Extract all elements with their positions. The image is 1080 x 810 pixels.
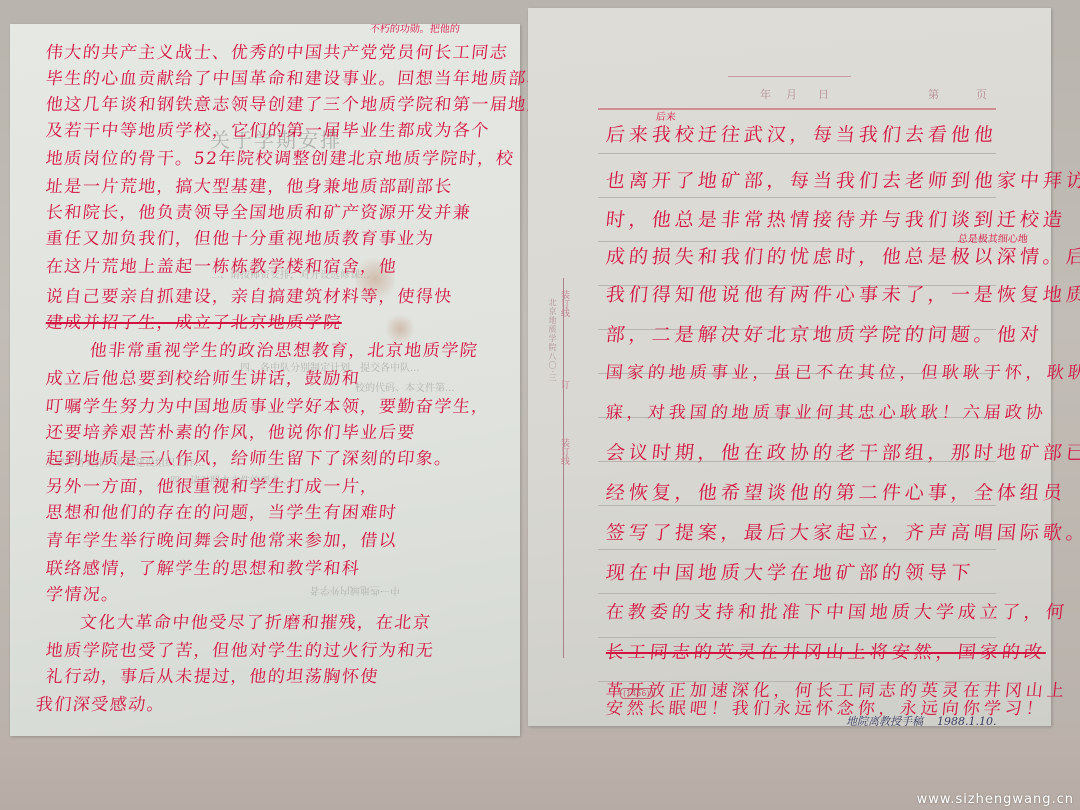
handwritten-line: 签写了提案，最后大家起立，齐声高唱国际歌。 <box>605 518 1080 545</box>
handwritten-line: 址是一片荒地，搞大型基建，他身兼地质部副部长 <box>45 172 455 197</box>
handwritten-line: 在这片荒地上盖起一栋栋教学楼和宿舍，他 <box>45 252 399 277</box>
handwritten-line: 文化大革命中他受尽了折磨和摧残，在北京 <box>79 608 433 633</box>
handwritten-line: 现在中国地质大学在地矿部的领导下 <box>605 558 976 585</box>
header-page-suffix: 页 <box>976 86 987 102</box>
handwritten-line: 还要培养艰苦朴素的作风，他说你们毕业后要 <box>45 418 418 443</box>
binding-mark: 订 <box>558 380 571 389</box>
handwritten-line: 会议时期，他在政协的老干部组，那时地矿部已 <box>605 438 1080 465</box>
handwritten-line: 伟大的共产主义战士、优秀的中国共产党党员何长工同志 <box>45 38 510 63</box>
handwritten-line: 寐，对我国的地质事业何其忠心耿耿！六届政协 <box>605 398 1049 423</box>
handwritten-line: 时，他总是非常热情接待并与我们谈到迁校造 <box>605 205 1068 232</box>
signature-name: 地院离教授手稿 <box>846 715 923 728</box>
margin-print-text: 北京地质学院八〇·三 <box>544 298 558 383</box>
binding-margin-line <box>563 278 564 658</box>
header-page-prefix: 第 <box>928 86 939 102</box>
handwritten-line: 部，二是解决好北京地质学院的问题。他对 <box>605 320 1045 347</box>
handwritten-line: 另外一方面，他很重视和学生打成一片， <box>45 472 381 497</box>
header-day-label: 日 <box>818 86 829 102</box>
header-year-label: 年 <box>760 86 771 102</box>
page-header: 年 月 日 第 页 <box>528 86 1051 102</box>
left-manuscript-page: 关于学期安排 二、请按师资安排，对开设选修课... 四、各中队分别制定计划，提交… <box>10 24 520 736</box>
handwritten-line: 地质学院也受了苦，但他对学生的过火行为和无 <box>45 636 436 661</box>
handwritten-line: 起到地质是三八作风，给师生留下了深刻的印象。 <box>45 444 455 469</box>
handwritten-line: 叮嘱学生努力为中国地质事业学好本领，要勤奋学生， <box>45 392 492 417</box>
handwritten-line: 礼行动，事后从未提过，他的坦荡胸怀使 <box>45 662 381 687</box>
handwritten-line: 经恢复，他希望谈他的第二件心事，全体组员 <box>605 478 1068 505</box>
handwritten-line: 青年学生举行晚间舞会时他常来参加，借以 <box>45 526 399 551</box>
handwritten-line: 说自己要亲自抓建设，亲自搞建筑材料等，使得快 <box>45 282 455 307</box>
watermark: www.sizhengwang.cn <box>917 792 1074 807</box>
handwritten-line: 思想和他们的存在的问题，当学生有困难时 <box>45 498 399 523</box>
handwritten-line: 地质岗位的骨干。52年院校调整创建北京地质学院时，校 <box>45 144 516 169</box>
handwritten-line: 及若干中等地质学校，它们的第一届毕业生都成为各个 <box>45 116 492 141</box>
binding-mark: 装订线 <box>558 438 571 465</box>
right-manuscript-page: 年 月 日 第 页 北京地质学院八〇·三 装订线 订 装订线 后来 后来我校迁往… <box>528 8 1051 726</box>
handwritten-line: 长工同志的英灵在井冈山上将安然，国家的改 <box>605 638 1048 664</box>
handwritten-line: 成立后他总要到校给师生讲话，鼓励和 <box>45 364 362 389</box>
handwritten-line: 国家的地质事业，虽已不在其位，但耿耿于怀，耿耿不 <box>605 358 1080 383</box>
handwritten-line: 联络感情，了解学生的思想和教学和科 <box>45 554 362 579</box>
header-rule <box>728 76 851 77</box>
handwritten-line: 学情况。 <box>45 580 122 605</box>
handwritten-line: 后来我校迁往武汉，每当我们去看他他 <box>605 120 999 147</box>
handwritten-line: 在教委的支持和批准下中国地质大学成立了，何 <box>605 598 1070 624</box>
signature: 地院离教授手稿1988.1.10. <box>846 713 996 729</box>
printed-background-line: 中一些地域内外学者 <box>310 584 400 599</box>
handwritten-line: 他非常重视学生的政治思想教育，北京地质学院 <box>89 336 480 361</box>
handwritten-line: 也离开了地矿部，每当我们去老师到他家中拜访 <box>605 166 1080 193</box>
signature-date: 1988.1.10. <box>937 715 996 728</box>
header-month-label: 月 <box>786 86 797 102</box>
handwritten-line: 长和院长，他负责领导全国地质和矿产资源开发并兼 <box>45 198 473 223</box>
handwritten-line: 我们得知他说他有两件心事未了，一是恢复地质 <box>605 280 1080 307</box>
handwritten-line: 我们深受感动。 <box>35 690 167 715</box>
handwritten-annotation: 不朽的功勋。把他的 <box>369 20 461 35</box>
handwritten-line: 成的损失和我们的忧虑时，他总是极以深情。后来 <box>605 242 1080 269</box>
handwritten-line: 重任又加负我们，但他十分重视地质教育事业为 <box>45 224 436 249</box>
handwritten-line: 建成并招了生，成立了北京地质学院 <box>45 308 344 333</box>
binding-mark: 装订线 <box>558 290 571 317</box>
